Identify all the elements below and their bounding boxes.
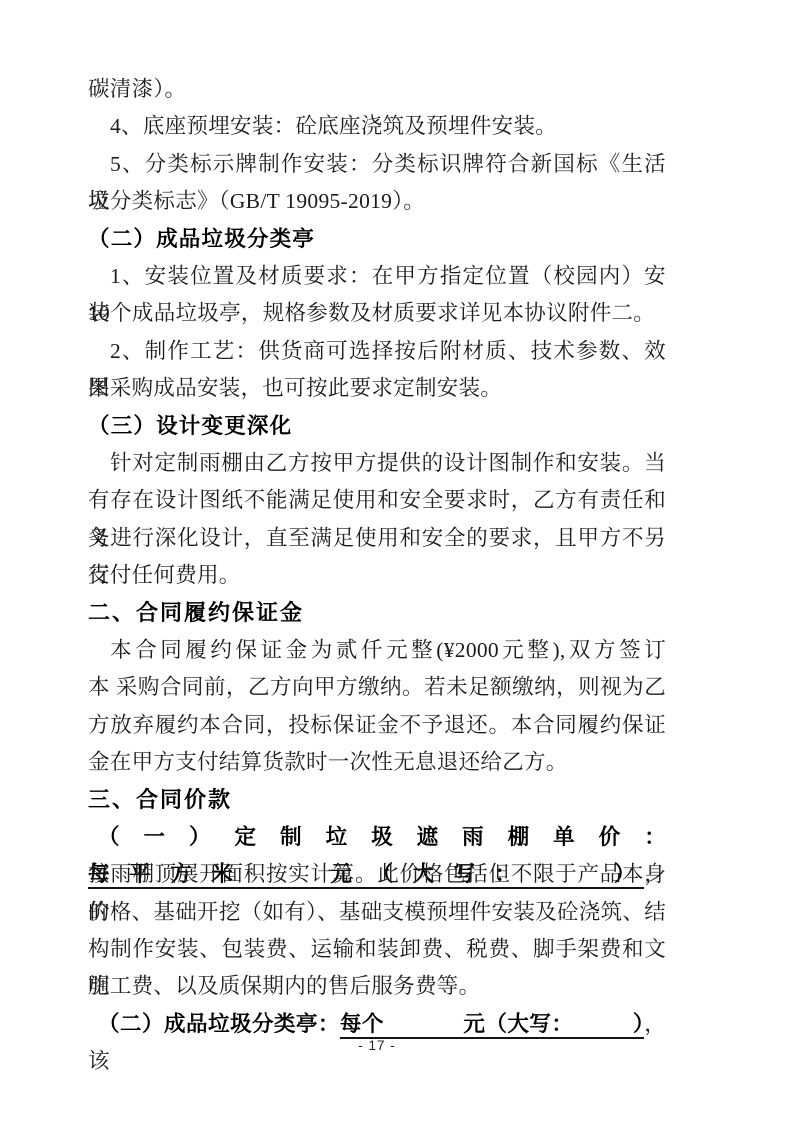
text-line-bond-payment: 本 采购合同前，乙方向甲方缴纳。若未足额缴纳，则视为乙 [88, 669, 666, 706]
contract-document-page: 碳清漆）。 4、底座预埋安装：砼底座浇筑及预埋件安装。 5、分类标示牌制作安装：… [0, 0, 793, 1122]
text-line-price-includes-1: 价格、基础开挖（如有）、基础支模预埋件安装及砼浇筑、结 [88, 894, 666, 931]
heading-contract-price: 三、合同价款 [88, 781, 666, 818]
text-line-price-includes-3: 施工费、以及质保期内的售后服务费等。 [88, 968, 666, 1005]
text-line-paint-finish: 碳清漆）。 [88, 71, 666, 108]
contract-text-block: 碳清漆）。 4、底座预埋安装：砼底座浇筑及预埋件安装。 5、分类标示牌制作安装：… [88, 71, 666, 1043]
text-line-item4-base-install: 4、底座预埋安装：砼底座浇筑及预埋件安装。 [88, 108, 666, 145]
text-line-ten-booths: 10个成品垃圾亭，规格参数及材质要求详见本协议附件二。 [88, 295, 666, 332]
text-line-design-drawing: 针对定制雨棚由乙方按甲方提供的设计图制作和安装。当 [88, 445, 666, 482]
text-line-price-includes-2: 构制作安装、包装费、运输和装卸费、税费、脚手架费和文明 [88, 931, 666, 968]
price-line-canopy: （一）定制垃圾遮雨棚单价：每平方米 元（大写： ）， [88, 819, 666, 856]
text-line-deepen-design: 务进行深化设计，直至满足使用和安全的要求，且甲方不另行 [88, 520, 666, 557]
subheading-design-change: （三）设计变更深化 [88, 408, 666, 445]
text-line-item5-sign-install: 5、分类标示牌制作安装：分类标识牌符合新国标《生活垃 [88, 146, 666, 183]
price-canopy-label: （一）定制垃圾遮雨棚单价： [98, 825, 666, 849]
text-line-install-position: 1、安装位置及材质要求：在甲方指定位置（校园内）安装 [88, 258, 666, 295]
heading-performance-bond: 二、合同履约保证金 [88, 594, 666, 631]
price-booth-label: （二）成品垃圾分类亭： [98, 1012, 340, 1036]
text-line-safety-requirement: 有存在设计图纸不能满足使用和安全要求时，乙方有责任和义 [88, 482, 666, 519]
text-line-craftsmanship: 2、制作工艺：供货商可选择按后附材质、技术参数、效果 [88, 333, 666, 370]
text-line-bond-amount: 本合同履约保证金为贰仟元整(¥2000元整),双方签订 [88, 632, 666, 669]
subheading-finished-sorting-booth: （二）成品垃圾分类亭 [88, 221, 666, 258]
text-line-no-extra-fee: 支付任何费用。 [88, 557, 666, 594]
price-booth-blank-underline: 每个 元（大写： ） [340, 1012, 644, 1039]
text-line-gbt-standard: 圾分类标志》（GB/T 19095-2019）。 [88, 183, 666, 220]
text-line-area-calculation: 按雨棚顶展开面积按实计算。此价格包括但不限于产品本身的 [88, 856, 666, 893]
text-line-bond-forfeit: 方放弃履约本合同，投标保证金不予退还。本合同履约保证 [88, 707, 666, 744]
text-line-bond-refund: 金在甲方支付结算货款时一次性无息退还给乙方。 [88, 744, 666, 781]
text-line-custom-install: 图采购成品安装，也可按此要求定制安装。 [88, 370, 666, 407]
page-number: - 17 - [88, 1038, 666, 1053]
